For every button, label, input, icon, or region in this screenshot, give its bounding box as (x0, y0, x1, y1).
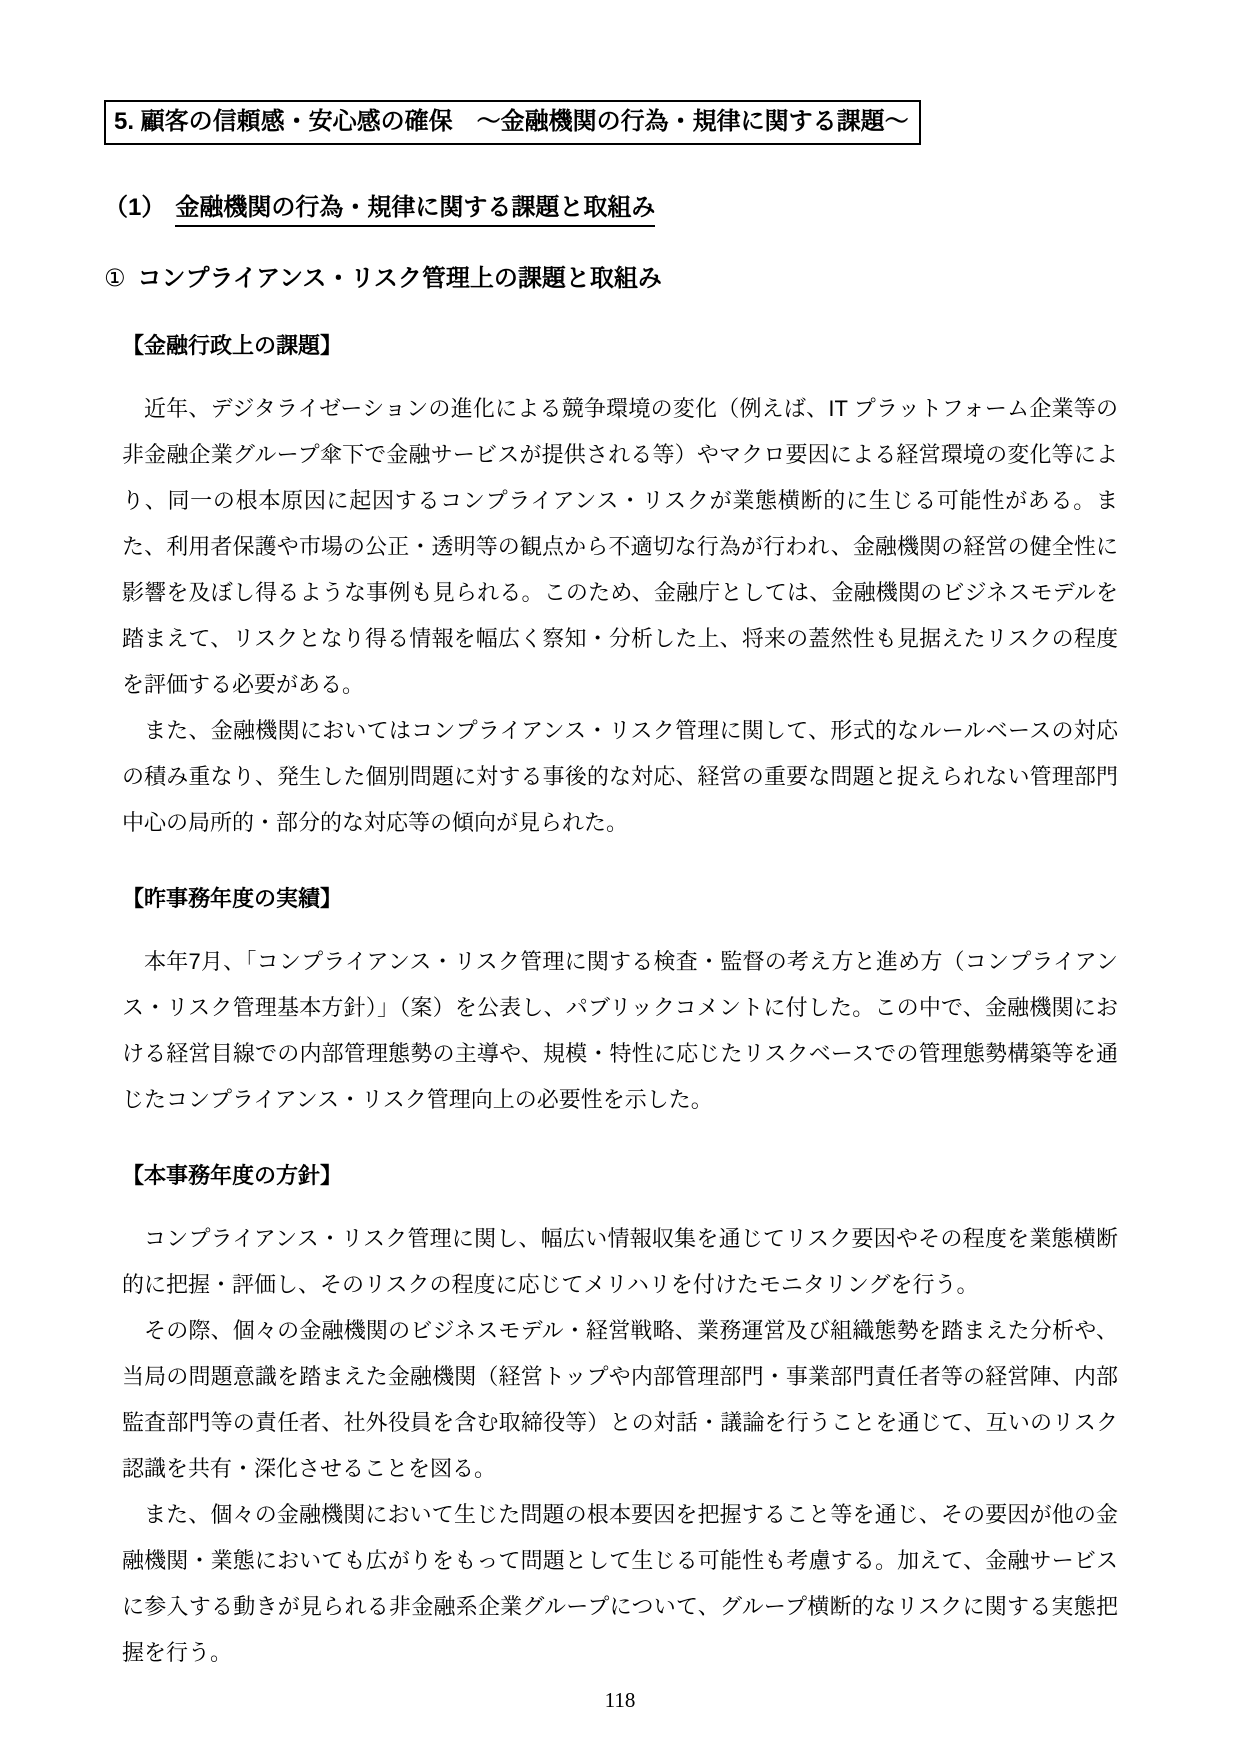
body-paragraph: コンプライアンス・リスク管理に関し、幅広い情報収集を通じてリスク要因やその程度を… (122, 1216, 1118, 1308)
section-heading-level1: （1）金融機関の行為・規律に関する課題と取組み (104, 187, 1118, 222)
heading2-number: ① (104, 265, 126, 292)
subsection-heading: 【昨事務年度の実績】 (122, 882, 1118, 913)
body-paragraph: また、金融機関においてはコンプライアンス・リスク管理に関して、形式的なルールベー… (122, 708, 1118, 846)
section-heading-level2: ①コンプライアンス・リスク管理上の課題と取組み (104, 258, 1118, 293)
page-number: 118 (0, 1688, 1240, 1713)
heading1-number: （1） (104, 194, 165, 221)
body-paragraph: また、個々の金融機関において生じた問題の根本要因を把握すること等を通じ、その要因… (122, 1492, 1118, 1676)
heading2-text: コンプライアンス・リスク管理上の課題と取組み (138, 265, 662, 292)
body-paragraph: 本年7月、「コンプライアンス・リスク管理に関する検査・監督の考え方と進め方（コン… (122, 939, 1118, 1123)
body-paragraph: 近年、デジタライゼーションの進化による競争環境の変化（例えば、IT プラットフォ… (122, 386, 1118, 708)
section-administrative-issues: 【金融行政上の課題】 近年、デジタライゼーションの進化による競争環境の変化（例え… (122, 329, 1118, 846)
subsection-heading: 【金融行政上の課題】 (122, 329, 1118, 360)
chapter-title-box: 5. 顧客の信頼感・安心感の確保 ～金融機関の行為・規律に関する課題～ (104, 100, 921, 145)
body-paragraph: その際、個々の金融機関のビジネスモデル・経営戦略、業務運営及び組織態勢を踏まえた… (122, 1308, 1118, 1492)
heading1-text: 金融機関の行為・規律に関する課題と取組み (175, 194, 655, 227)
section-last-year-results: 【昨事務年度の実績】 本年7月、「コンプライアンス・リスク管理に関する検査・監督… (122, 882, 1118, 1123)
document-page: 5. 顧客の信頼感・安心感の確保 ～金融機関の行為・規律に関する課題～ （1）金… (0, 0, 1240, 1755)
subsection-heading: 【本事務年度の方針】 (122, 1159, 1118, 1190)
section-this-year-policy: 【本事務年度の方針】 コンプライアンス・リスク管理に関し、幅広い情報収集を通じて… (122, 1159, 1118, 1676)
